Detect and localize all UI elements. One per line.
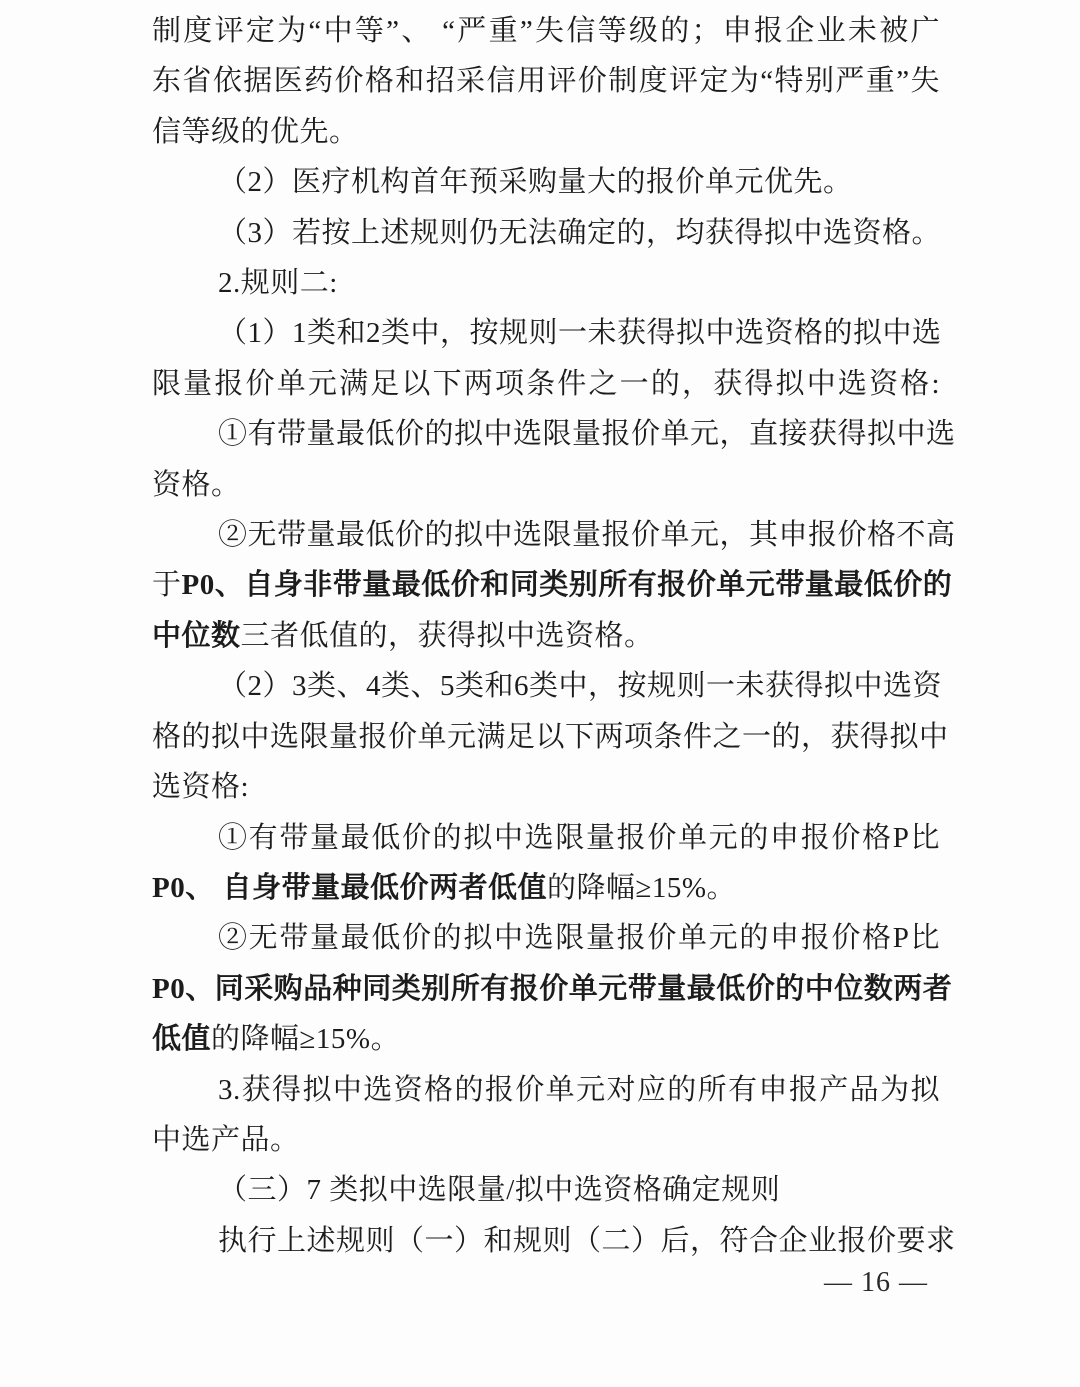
text-segment: 于 [152, 569, 182, 601]
text-line: 选资格: [152, 762, 940, 812]
text-segment: ①有带量最低价的拟中选限量报价单元，直接获得拟中选 [218, 418, 956, 450]
text-line: ②无带量最低价的拟中选限量报价单元，其申报价格不高 [152, 510, 940, 560]
text-segment: 三者低值的，获得拟中选资格。 [241, 620, 654, 652]
text-line: （三）7 类拟中选限量/拟中选资格确定规则 [152, 1165, 940, 1215]
text-line: 中位数三者低值的，获得拟中选资格。 [152, 611, 940, 661]
text-line: 2.规则二: [152, 258, 940, 308]
bold-text-segment: P0、同采购品种同类别所有报价单元带量最低价的中位数两者 [152, 973, 952, 1005]
text-segment: （1）1类和2类中，按规则一未获得拟中选资格的拟中选 [218, 317, 942, 349]
bold-text-segment: P0、自身非带量最低价和同类别所有报价单元带量最低价的 [182, 569, 953, 601]
text-segment: ①有带量最低价的拟中选限量报价单元的申报价格P比 [218, 822, 940, 854]
text-line: P0、同采购品种同类别所有报价单元带量最低价的中位数两者 [152, 964, 940, 1014]
text-line: 资格。 [152, 460, 940, 510]
text-line: P0、 自身带量最低价两者低值的降幅≥15%。 [152, 863, 940, 913]
text-segment: 3.获得拟中选资格的报价单元对应的所有申报产品为拟 [218, 1074, 940, 1106]
text-line: （2）3类、4类、5类和6类中，按规则一未获得拟中选资 [152, 661, 940, 711]
text-segment: 的降幅≥15%。 [547, 872, 736, 904]
text-segment: 格的拟中选限量报价单元满足以下两项条件之一的，获得拟中 [152, 721, 949, 753]
text-segment: （三）7 类拟中选限量/拟中选资格确定规则 [218, 1174, 780, 1206]
text-line: （1）1类和2类中，按规则一未获得拟中选资格的拟中选 [152, 308, 940, 358]
text-segment: 限量报价单元满足以下两项条件之一的，获得拟中选资格: [152, 368, 940, 400]
text-line: 信等级的优先。 [152, 107, 940, 157]
text-line: （2）医疗机构首年预采购量大的报价单元优先。 [152, 157, 940, 207]
document-body: 制度评定为“中等”、 “严重”失信等级的；申报企业未被广东省依据医药价格和招采信… [152, 6, 940, 1266]
text-segment: （2）3类、4类、5类和6类中，按规则一未获得拟中选资 [218, 670, 942, 702]
bold-text-segment: 中位数 [152, 620, 241, 652]
text-line: 3.获得拟中选资格的报价单元对应的所有申报产品为拟 [152, 1065, 940, 1115]
text-line: 格的拟中选限量报价单元满足以下两项条件之一的，获得拟中 [152, 712, 940, 762]
text-segment: 东省依据医药价格和招采信用评价制度评定为“特别严重”失 [152, 65, 940, 97]
text-line: 低值的降幅≥15%。 [152, 1014, 940, 1064]
text-line: 中选产品。 [152, 1115, 940, 1165]
text-line: ①有带量最低价的拟中选限量报价单元的申报价格P比 [152, 813, 940, 863]
text-line: 执行上述规则（一）和规则（二）后，符合企业报价要求 [152, 1216, 940, 1266]
text-segment: 2.规则二: [218, 267, 338, 299]
text-segment: ②无带量最低价的拟中选限量报价单元的申报价格P比 [218, 922, 940, 954]
text-line: （3）若按上述规则仍无法确定的，均获得拟中选资格。 [152, 208, 940, 258]
bold-text-segment: P0、 自身带量最低价两者低值 [152, 872, 547, 904]
text-line: 东省依据医药价格和招采信用评价制度评定为“特别严重”失 [152, 56, 940, 106]
text-line: 制度评定为“中等”、 “严重”失信等级的；申报企业未被广 [152, 6, 940, 56]
document-page: 制度评定为“中等”、 “严重”失信等级的；申报企业未被广东省依据医药价格和招采信… [0, 0, 1080, 1387]
text-segment: （2）医疗机构首年预采购量大的报价单元优先。 [218, 166, 853, 198]
text-segment: 中选产品。 [152, 1124, 300, 1156]
page-number: — 16 — [824, 1258, 928, 1308]
text-line: 于P0、自身非带量最低价和同类别所有报价单元带量最低价的 [152, 560, 940, 610]
text-segment: （3）若按上述规则仍无法确定的，均获得拟中选资格。 [218, 217, 941, 249]
text-line: ①有带量最低价的拟中选限量报价单元，直接获得拟中选 [152, 409, 940, 459]
text-line: ②无带量最低价的拟中选限量报价单元的申报价格P比 [152, 913, 940, 963]
text-segment: 信等级的优先。 [152, 116, 359, 148]
text-segment: 的降幅≥15%。 [211, 1023, 400, 1055]
text-segment: 执行上述规则（一）和规则（二）后，符合企业报价要求 [218, 1225, 956, 1257]
text-segment: 选资格: [152, 771, 249, 803]
text-segment: 资格。 [152, 469, 241, 501]
page-number-label: — 16 — [824, 1267, 928, 1298]
text-line: 限量报价单元满足以下两项条件之一的，获得拟中选资格: [152, 359, 940, 409]
text-segment: 制度评定为“中等”、 “严重”失信等级的；申报企业未被广 [152, 15, 940, 47]
bold-text-segment: 低值 [152, 1023, 211, 1055]
text-segment: ②无带量最低价的拟中选限量报价单元，其申报价格不高 [218, 519, 956, 551]
